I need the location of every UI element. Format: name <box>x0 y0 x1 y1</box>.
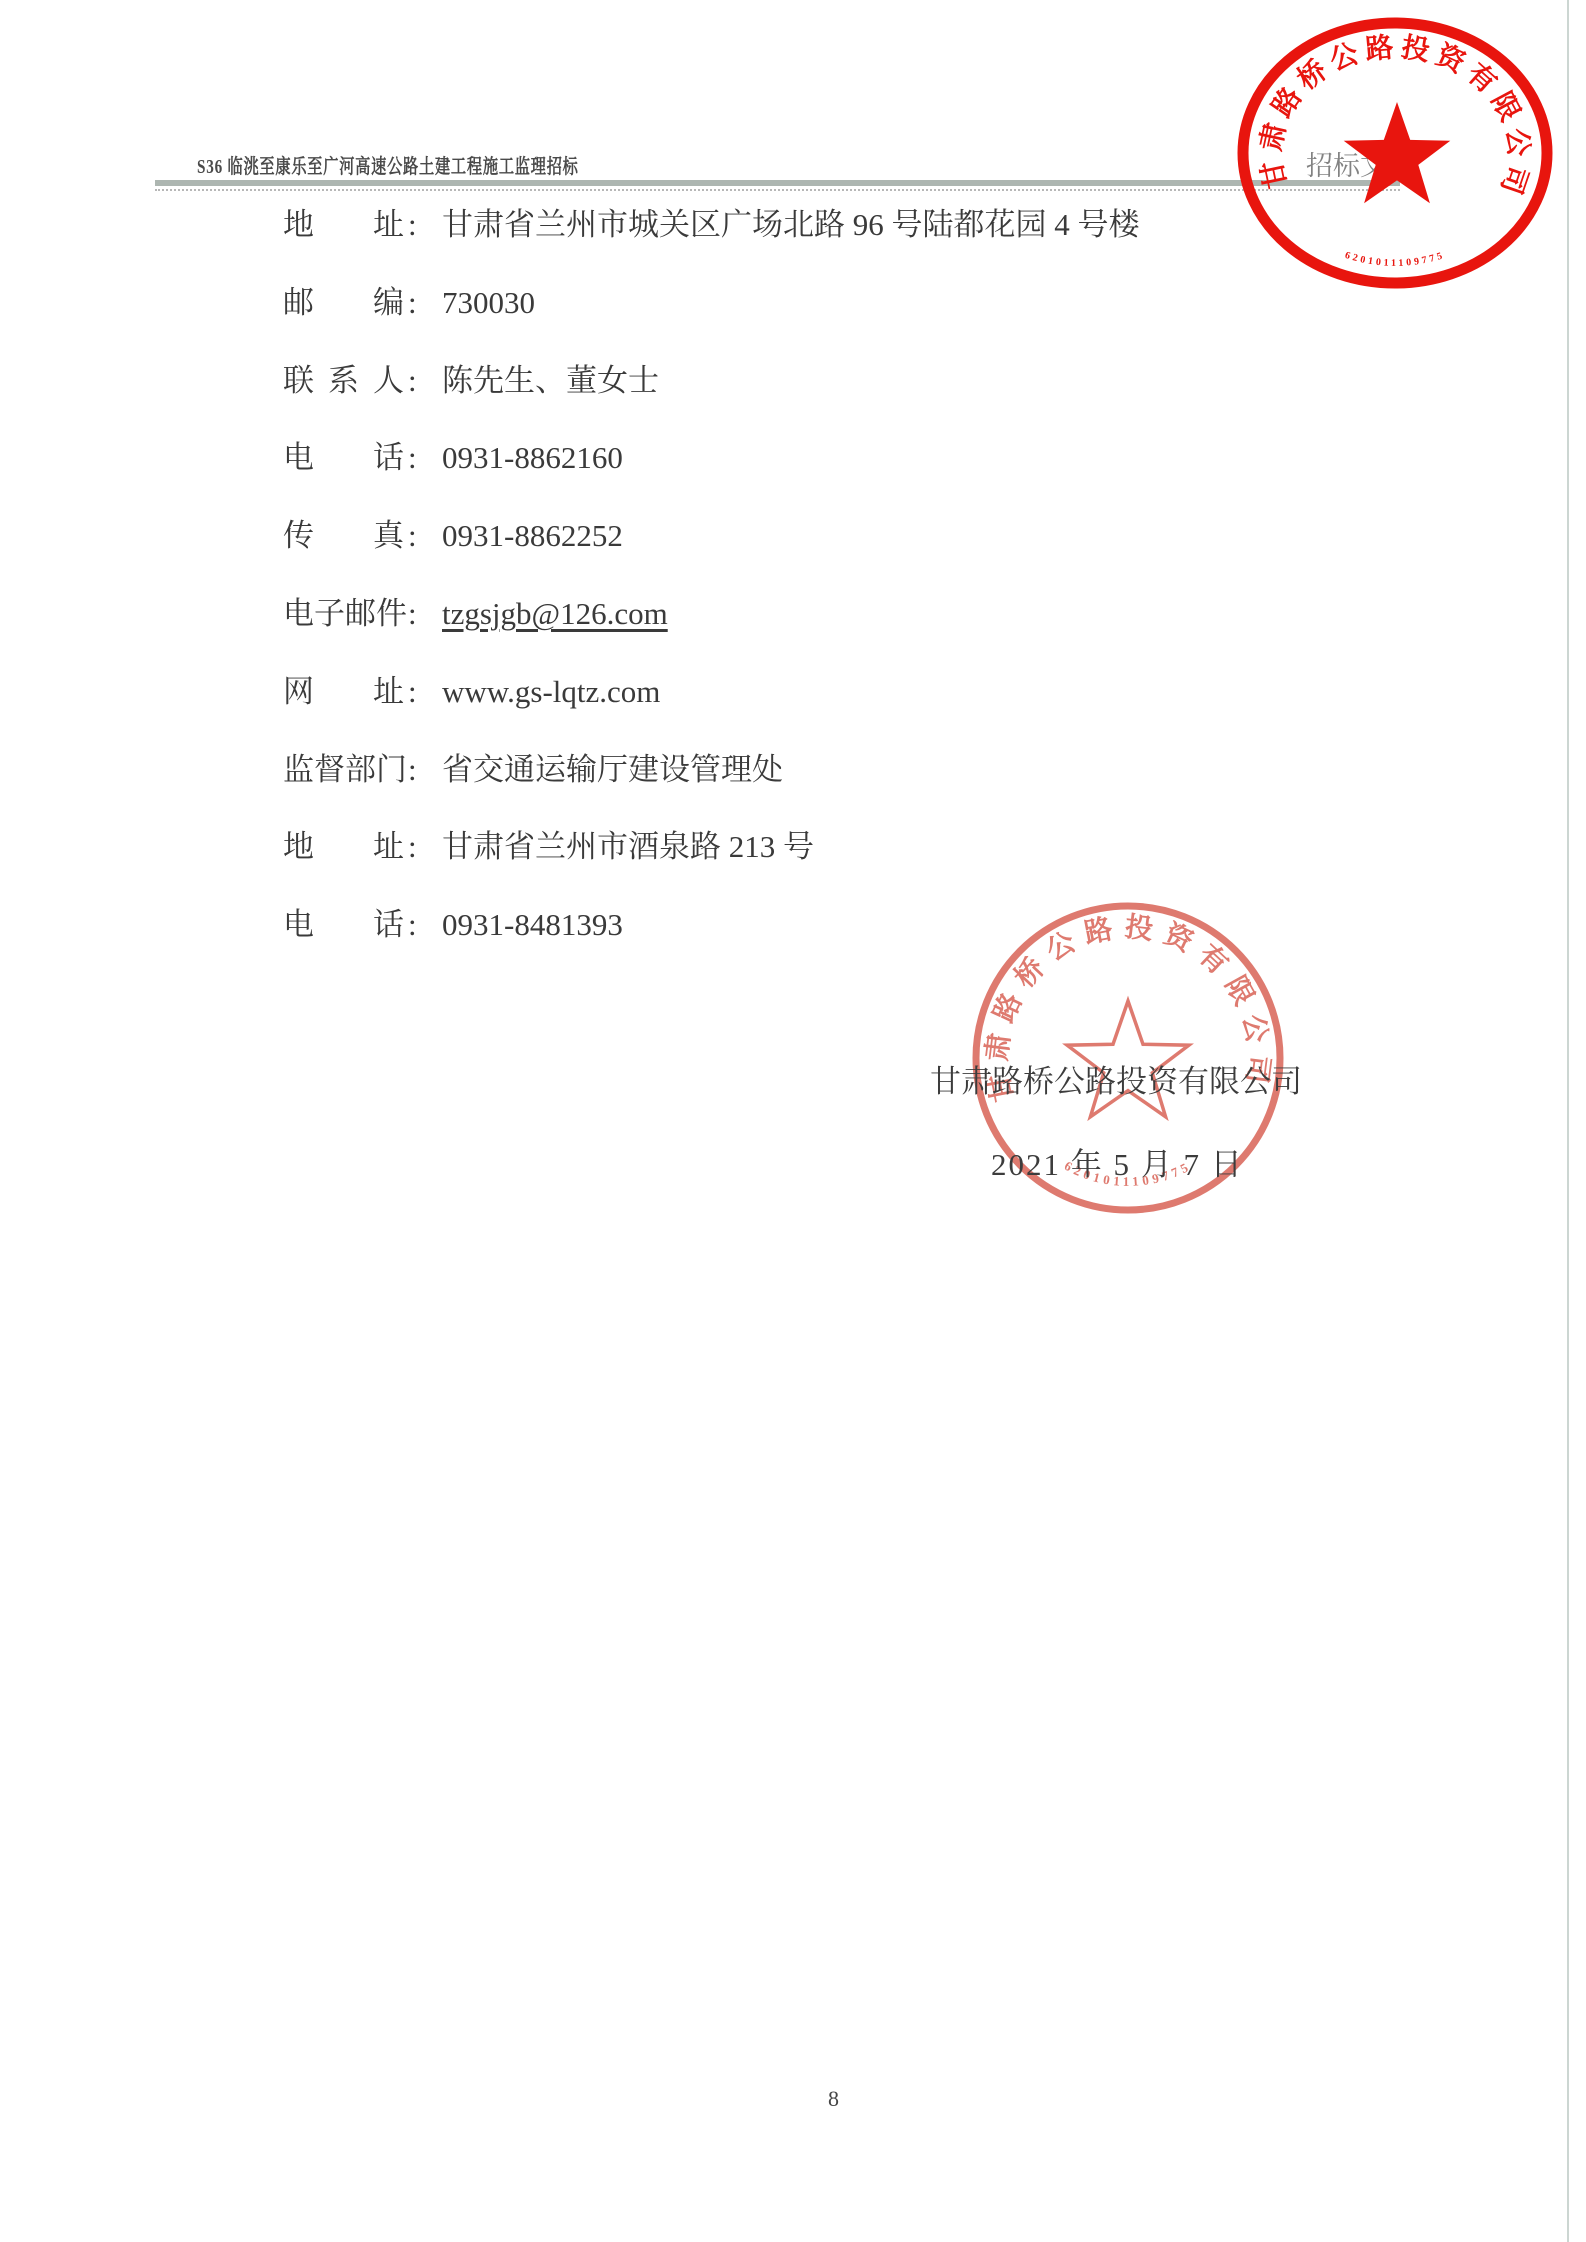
contact-row-value: 0931-8481393 <box>442 907 623 942</box>
company-seal-top: 甘肃路桥公路投资有限公司 6201011109775 <box>1235 15 1555 291</box>
contact-row: 监督部门:省交通运输厅建设管理处 <box>283 751 783 791</box>
contact-row-colon: : <box>408 673 430 711</box>
contact-row-colon: : <box>408 595 430 633</box>
contact-row-colon: : <box>408 284 430 322</box>
contact-row: 邮编:730030 <box>283 284 535 324</box>
contact-row-value: tzgsjgb@126.com <box>442 596 668 631</box>
contact-row-label: 电话 <box>283 906 404 944</box>
contact-row-colon: : <box>408 439 430 477</box>
contact-row: 电子邮件:tzgsjgb@126.com <box>283 595 668 635</box>
contact-row-value: 730030 <box>442 285 535 320</box>
contact-row: 传真:0931-8862252 <box>283 517 623 557</box>
seal-star-icon <box>1344 102 1451 203</box>
contact-row-value: 0931-8862252 <box>442 518 623 553</box>
contact-row: 地址:甘肃省兰州市城关区广场北路 96 号陆都花园 4 号楼 <box>283 206 1140 246</box>
contact-row-value: 省交通运输厅建设管理处 <box>442 752 783 787</box>
contact-row-value: www.gs-lqtz.com <box>442 674 660 709</box>
contact-row-value: 甘肃省兰州市酒泉路 213 号 <box>442 829 814 864</box>
contact-row-label: 网址 <box>283 673 404 711</box>
header-rule-thick <box>155 180 1400 186</box>
contact-row-colon: : <box>408 517 430 555</box>
contact-row-colon: : <box>408 906 430 944</box>
contact-row-label: 邮编 <box>283 284 404 322</box>
seal-serial-number: 6201011109775 <box>1343 250 1446 269</box>
header-rule-thin <box>155 189 1400 191</box>
contact-row-label: 传真 <box>283 517 404 555</box>
svg-text:6201011109775: 6201011109775 <box>1343 250 1446 269</box>
contact-row-colon: : <box>408 362 430 400</box>
contact-row-label: 联系人 <box>283 362 404 400</box>
contact-row-value: 0931-8862160 <box>442 440 623 475</box>
signature-company-name: 甘肃路桥公路投资有限公司 <box>930 1056 1302 1101</box>
header-title: S36 临洮至康乐至广河高速公路土建工程施工监理招标 <box>197 150 579 179</box>
contact-row-label: 电子邮件 <box>283 595 404 633</box>
document-page: S36 临洮至康乐至广河高速公路土建工程施工监理招标 招标文 地址:甘肃省兰州市… <box>0 0 1586 2242</box>
contact-row-label: 电话 <box>283 439 404 477</box>
contact-row: 地址:甘肃省兰州市酒泉路 213 号 <box>283 828 814 868</box>
scan-edge-line <box>1567 0 1569 2242</box>
contact-row-value: 陈先生、董女士 <box>442 363 659 398</box>
contact-row-label: 地址 <box>283 206 404 244</box>
contact-row-label: 地址 <box>283 828 404 866</box>
contact-row: 电话:0931-8862160 <box>283 439 623 479</box>
contact-row: 网址:www.gs-lqtz.com <box>283 673 660 713</box>
contact-row-colon: : <box>408 206 430 244</box>
contact-row-colon: : <box>408 751 430 789</box>
signature-date: 2021 年 5 月 7 日 <box>991 1139 1244 1184</box>
contact-row-colon: : <box>408 828 430 866</box>
contact-row-value: 甘肃省兰州市城关区广场北路 96 号陆都花园 4 号楼 <box>442 207 1140 242</box>
contact-row: 联系人:陈先生、董女士 <box>283 362 659 402</box>
contact-row-label: 监督部门 <box>283 751 404 789</box>
page-number: 8 <box>828 2086 839 2112</box>
contact-row: 电话:0931-8481393 <box>283 906 623 946</box>
